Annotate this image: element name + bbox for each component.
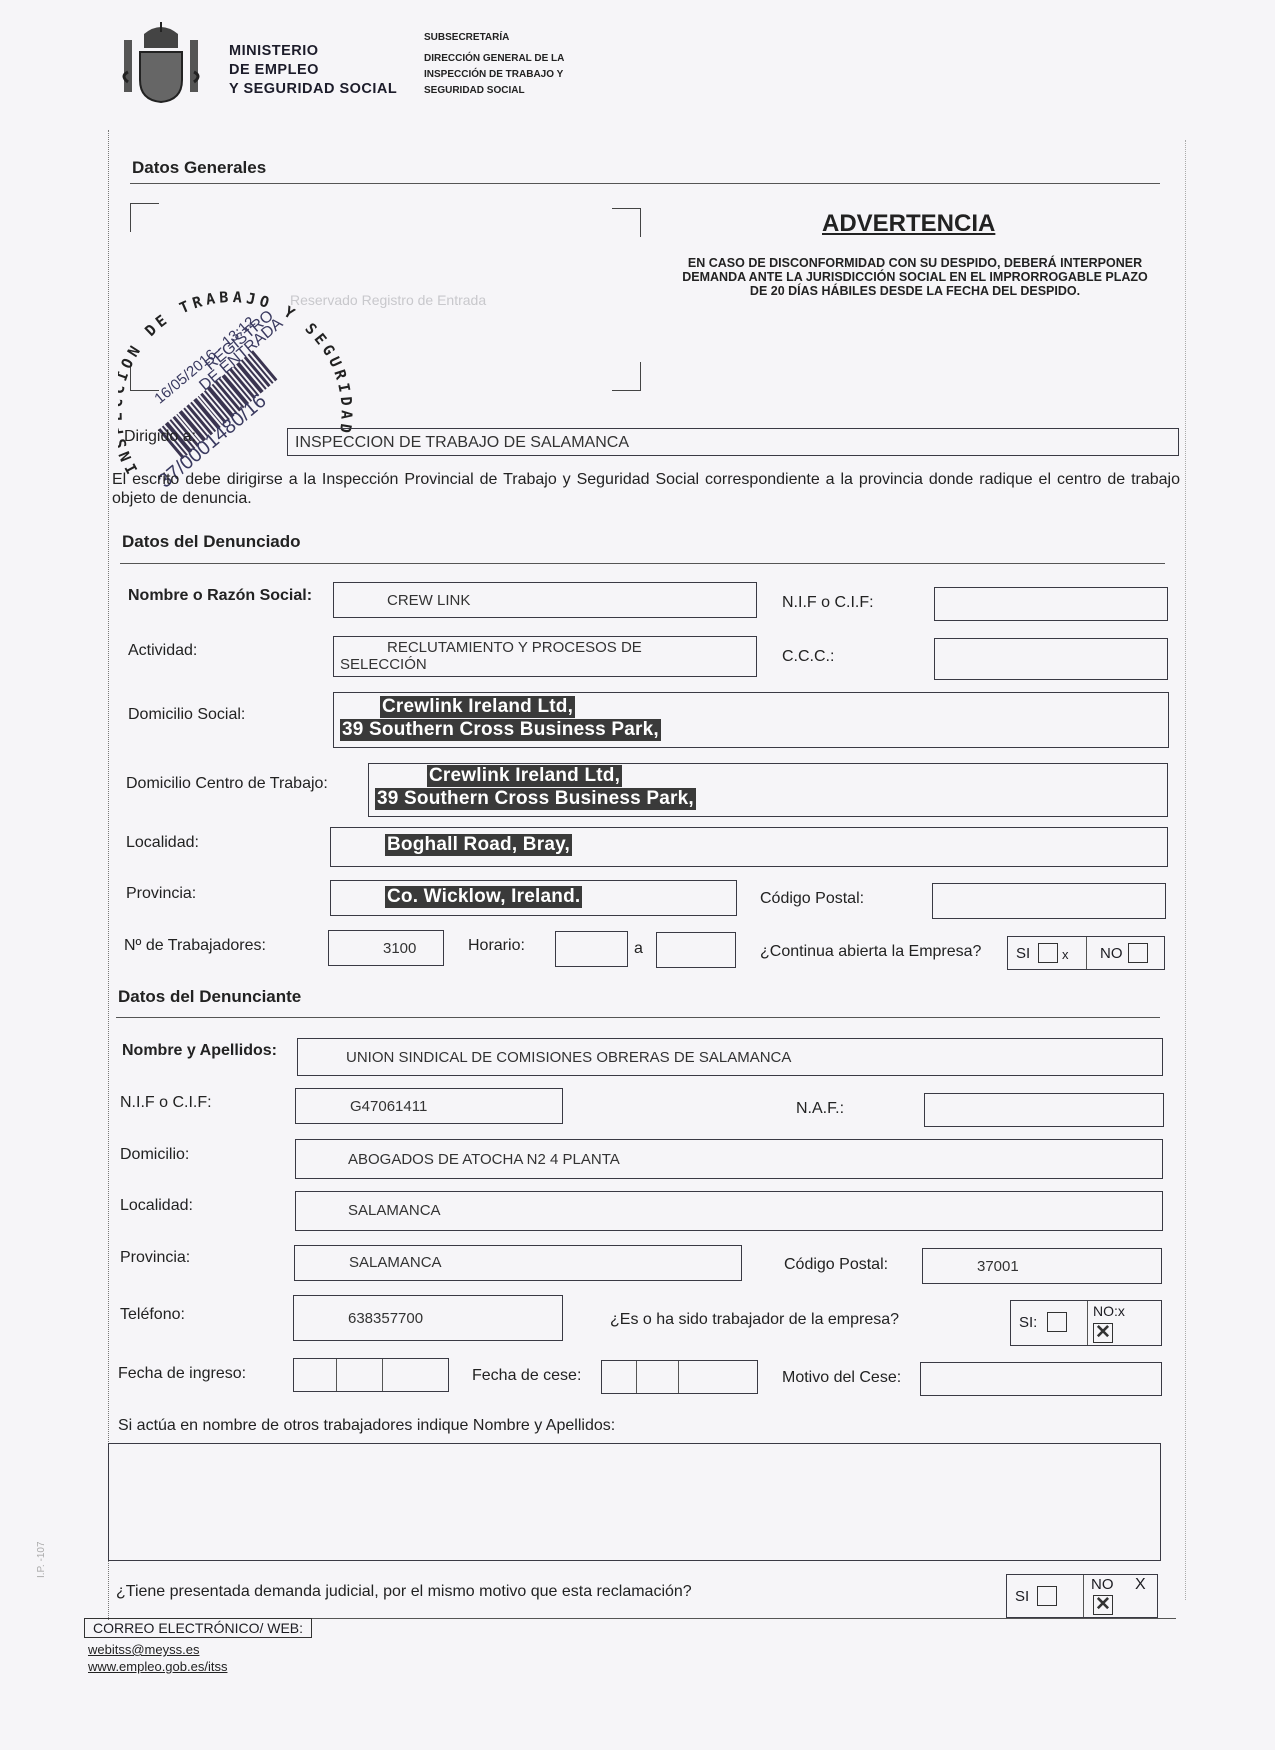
trabajador-si-option[interactable]: SI: [1011,1301,1088,1345]
denunciante-nif-value: G47061411 [350,1098,427,1115]
localidad-field[interactable]: Boghall Road, Bray, [330,827,1168,867]
trabajador-no-option[interactable]: NO:x [1089,1301,1163,1345]
fecha-cese-field[interactable] [601,1360,758,1394]
demanda-label: ¿Tiene presentada demanda judicial, por … [116,1583,692,1601]
naf-field[interactable] [924,1093,1164,1127]
registro-corner-br [612,362,641,391]
horario-label: Horario: [468,937,525,955]
denunciado-nif-label: N.I.F o C.I.F: [782,594,874,612]
section-title-denunciante: Datos del Denunciante [118,987,301,1007]
horario-to-field[interactable] [656,932,736,968]
advertencia-line-1: EN CASO DE DISCONFORMIDAD CON SU DESPIDO… [660,256,1170,270]
department-line-2: DIRECCIÓN GENERAL DE LA [424,53,564,64]
abierta-no-option[interactable]: NO [1088,937,1166,969]
section-title-denunciado: Datos del Denunciado [122,532,301,552]
denunciante-nif-field[interactable]: G47061411 [295,1088,563,1124]
dirigido-value: INSPECCION DE TRABAJO DE SALAMANCA [295,434,629,452]
dirigido-label: Dirigido a: [124,428,196,446]
actividad-value-2: SELECCIÓN [340,656,427,673]
advertencia-title: ADVERTENCIA [822,210,995,238]
actividad-value-1: RECLUTAMIENTO Y PROCESOS DE [387,639,642,656]
denunciado-nif-field[interactable] [934,587,1168,621]
denunciado-nombre-label: Nombre o Razón Social: [128,587,312,605]
domicilio-social-line-2: 39 Southern Cross Business Park, [340,719,661,741]
denunciado-cp-field[interactable] [932,883,1166,919]
ministry-line-3: Y SEGURIDAD SOCIAL [229,80,397,99]
abierta-si-mark: x [1062,947,1069,962]
demanda-no-option[interactable]: NO X [1085,1575,1159,1617]
domicilio-centro-label: Domicilio Centro de Trabajo: [126,775,328,793]
denunciante-provincia-field[interactable]: SALAMANCA [294,1245,742,1281]
horario-from-field[interactable] [555,931,628,967]
section-title-datos-generales: Datos Generales [132,158,266,178]
ministry-line-1: MINISTERIO [229,42,397,61]
denunciante-nombre-field[interactable]: UNION SINDICAL DE COMISIONES OBRERAS DE … [297,1038,1163,1076]
registro-corner-tr [612,208,641,237]
denunciante-provincia-value: SALAMANCA [349,1254,442,1271]
abierta-no-checkbox[interactable] [1128,943,1148,963]
department-line-1: SUBSECRETARÍA [424,32,564,43]
trabajadores-value: 3100 [383,940,416,957]
advertencia-line-3: DE 20 DÍAS HÁBILES DESDE LA FECHA DEL DE… [660,284,1170,298]
abierta-si-option[interactable]: SI x [1008,937,1087,969]
provincia-label: Provincia: [126,885,196,903]
denunciante-domicilio-field[interactable]: ABOGADOS DE ATOCHA N2 4 PLANTA [295,1139,1163,1179]
provincia-value: Co. Wicklow, Ireland. [385,886,582,908]
denunciante-cp-value: 37001 [977,1258,1019,1275]
trabajador-si-label: SI: [1019,1314,1037,1331]
ccc-field[interactable] [934,638,1168,680]
email-link[interactable]: webitss@meyss.es [88,1642,199,1657]
naf-label: N.A.F.: [796,1100,844,1118]
denunciante-cp-field[interactable]: 37001 [922,1248,1162,1284]
trabajador-no-label: NO:x [1093,1303,1125,1319]
otros-trabajadores-field[interactable] [108,1443,1161,1561]
telefono-value: 638357700 [348,1310,423,1327]
denunciante-nombre-label: Nombre y Apellidos: [122,1042,277,1060]
domicilio-social-line-1: Crewlink Ireland Ltd, [380,696,575,718]
trabajador-no-checkbox[interactable] [1093,1323,1113,1343]
denunciante-nombre-value: UNION SINDICAL DE COMISIONES OBRERAS DE … [346,1049,791,1066]
denunciante-domicilio-value: ABOGADOS DE ATOCHA N2 4 PLANTA [348,1151,620,1168]
date-divider [382,1359,383,1391]
denunciante-provincia-label: Provincia: [120,1249,190,1267]
denunciante-nif-label: N.I.F o C.I.F: [120,1094,212,1112]
motivo-cese-label: Motivo del Cese: [782,1369,901,1387]
domicilio-social-label: Domicilio Social: [128,706,245,724]
demanda-no-label: NO [1091,1576,1114,1593]
motivo-cese-field[interactable] [920,1362,1162,1396]
department-name: SUBSECRETARÍA DIRECCIÓN GENERAL DE LA IN… [424,32,564,96]
localidad-label: Localidad: [126,834,199,852]
section-rule [120,563,1165,564]
provincia-field[interactable]: Co. Wicklow, Ireland. [330,880,737,916]
ministry-line-2: DE EMPLEO [229,61,397,80]
demanda-si-checkbox[interactable] [1037,1586,1057,1606]
localidad-value: Boghall Road, Bray, [385,834,572,856]
abierta-si-checkbox[interactable] [1038,943,1058,963]
form-frame-right [1185,140,1186,1600]
domicilio-centro-line-2: 39 Southern Cross Business Park, [375,788,696,810]
actividad-label: Actividad: [128,642,197,660]
denunciante-cp-label: Código Postal: [784,1256,888,1274]
otros-trabajadores-label: Si actúa en nombre de otros trabajadores… [118,1417,615,1435]
trabajadores-field[interactable]: 3100 [328,930,444,966]
demanda-no-mark: X [1135,1576,1146,1594]
trabajador-si-checkbox[interactable] [1047,1312,1067,1332]
demanda-si-label: SI [1015,1588,1029,1605]
domicilio-centro-field[interactable]: Crewlink Ireland Ltd, 39 Southern Cross … [368,763,1168,817]
trabajador-options: SI: NO:x [1010,1300,1162,1346]
date-divider [636,1361,637,1393]
dirigido-field[interactable]: INSPECCION DE TRABAJO DE SALAMANCA [287,428,1179,456]
date-divider [678,1361,679,1393]
dirigido-note: El escrito debe dirigirse a la Inspecció… [112,470,1180,508]
ministry-name: MINISTERIO DE EMPLEO Y SEGURIDAD SOCIAL [229,42,397,99]
telefono-field[interactable]: 638357700 [293,1295,563,1341]
denunciante-domicilio-label: Domicilio: [120,1146,189,1164]
demanda-si-option[interactable]: SI [1007,1575,1084,1617]
denunciado-nombre-field[interactable]: CREW LINK [333,582,757,618]
denunciante-localidad-value: SALAMANCA [348,1202,441,1219]
denunciado-cp-label: Código Postal: [760,890,864,908]
trabajador-label: ¿Es o ha sido trabajador de la empresa? [610,1311,899,1329]
denunciante-localidad-label: Localidad: [120,1197,193,1215]
demanda-no-checkbox[interactable] [1093,1595,1113,1615]
domicilio-social-field[interactable]: Crewlink Ireland Ltd, 39 Southern Cross … [333,692,1169,748]
advertencia-text: EN CASO DE DISCONFORMIDAD CON SU DESPIDO… [660,256,1170,298]
telefono-label: Teléfono: [120,1306,185,1324]
date-divider [336,1359,337,1391]
web-link[interactable]: www.empleo.gob.es/itss [88,1659,227,1674]
abierta-options: SI x NO [1007,936,1165,970]
form-code: I.P. -107 [36,1541,47,1578]
denunciado-nombre-value: CREW LINK [387,592,470,609]
demanda-options: SI NO X [1006,1574,1158,1618]
domicilio-centro-line-1: Crewlink Ireland Ltd, [427,765,622,787]
ccc-label: C.C.C.: [782,648,834,666]
actividad-field[interactable]: RECLUTAMIENTO Y PROCESOS DE SELECCIÓN [333,636,757,677]
form-frame-left [108,130,109,1620]
fecha-ingreso-label: Fecha de ingreso: [118,1365,246,1383]
abierta-no-label: NO [1100,945,1123,962]
section-rule [116,1017,1160,1018]
department-line-3: INSPECCIÓN DE TRABAJO Y [424,69,564,80]
contact-label: CORREO ELECTRÓNICO/ WEB: [84,1618,312,1638]
section-rule [130,183,1160,184]
advertencia-line-2: DEMANDA ANTE LA JURISDICCIÓN SOCIAL EN E… [660,270,1170,284]
fecha-ingreso-field[interactable] [293,1358,449,1392]
coat-of-arms-icon [118,22,204,106]
registro-corner-tl [130,203,159,232]
abierta-label: ¿Continua abierta la Empresa? [760,943,981,961]
abierta-si-label: SI [1016,945,1030,962]
trabajadores-label: Nº de Trabajadores: [124,937,266,955]
horario-separator: a [634,940,643,958]
fecha-cese-label: Fecha de cese: [472,1367,581,1385]
department-line-4: SEGURIDAD SOCIAL [424,85,564,96]
denunciante-localidad-field[interactable]: SALAMANCA [295,1191,1163,1231]
